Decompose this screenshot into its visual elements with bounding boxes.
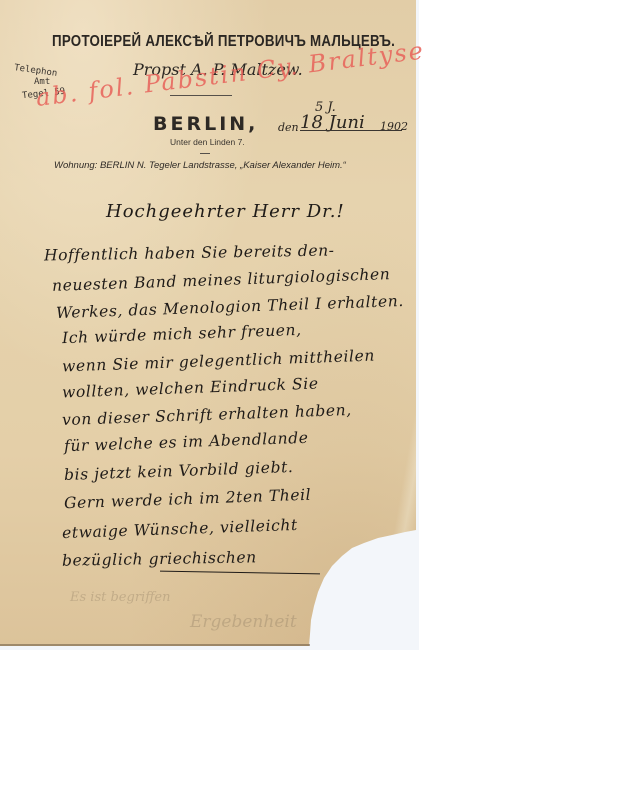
body-line: bezüglich griechischen (62, 548, 257, 569)
salutation: Hochgeehrter Herr Dr.! (106, 201, 345, 222)
date-underline (300, 130, 402, 131)
letterhead-city: BERLIN, (153, 113, 258, 135)
bleed-through-text: Es ist begriffen (70, 590, 170, 605)
bleed-through-text: Ergebenheit (190, 612, 297, 632)
letterhead-residence: Wohnung: BERLIN N. Tegeler Landstrasse, … (54, 160, 346, 171)
paper-bottom-edge (0, 644, 310, 646)
letterhead-rule (170, 95, 232, 96)
address-divider (200, 153, 210, 154)
letterhead-address: Unter den Linden 7. (170, 137, 245, 147)
body-line-text: bezüglich griechischen (62, 548, 257, 569)
date-prefix: den (278, 121, 299, 134)
date-year: 1902 (380, 120, 408, 133)
